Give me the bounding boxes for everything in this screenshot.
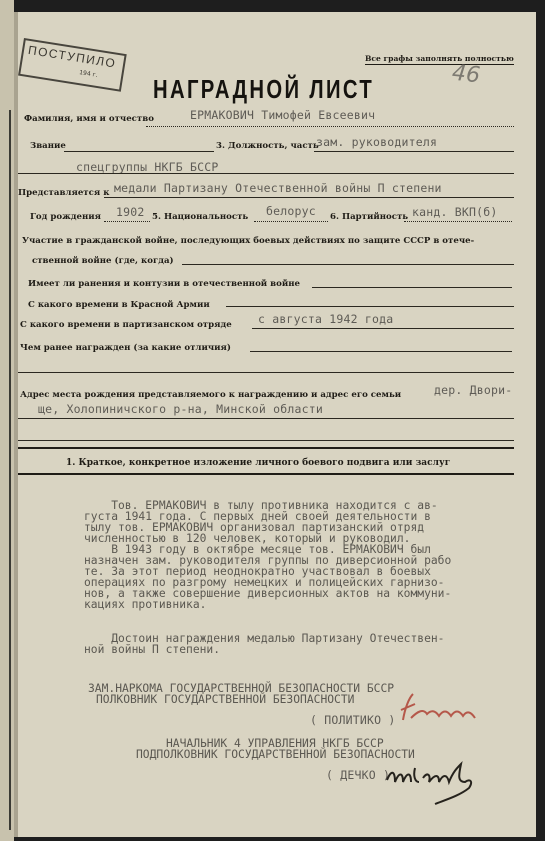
signatory1-title: ЗАМ.НАРКОМА ГОСУДАРСТВЕННОЙ БЕЗОПАСНОСТИ…	[88, 683, 394, 705]
signatory2-line2: ПОДПОЛКОВНИК ГОСУДАРСТВЕННОЙ БЕЗОПАСНОСТ…	[136, 749, 415, 760]
section-divider-bottom	[18, 473, 514, 475]
pencil-number: 46	[451, 61, 481, 89]
red-signature-icon	[395, 690, 500, 730]
conclusion-text: Достоин награждения медалью Партизану От…	[84, 633, 444, 655]
position-line	[314, 151, 514, 152]
conclusion-line: ной войны П степени.	[84, 644, 444, 655]
narrative-line: кациях противника.	[84, 599, 451, 610]
award-value: медали Партизану Отечественной войны П с…	[114, 181, 442, 195]
prior-awards-label: Чем ранее награжден (за какие отличия)	[20, 343, 231, 353]
black-signature-icon	[365, 760, 505, 810]
name-line	[146, 126, 514, 127]
binder-edge	[0, 0, 14, 841]
prior-awards-line-2	[18, 372, 514, 373]
address-line-2	[18, 440, 514, 441]
position-value-1: зам. руководителя	[316, 135, 437, 149]
nationality-label: 5. Национальность	[152, 212, 248, 222]
wounds-label: Имеет ли ранения и контузии в отечествен…	[28, 279, 300, 289]
rank-line	[64, 151, 214, 152]
position-value-2: спецгруппы НКГБ БССР	[76, 160, 218, 174]
fill-all-fields-note: Все графы заполнять полностью	[365, 54, 514, 65]
signatory1-name: ( ПОЛИТИКО )	[310, 713, 395, 727]
position-line-2	[18, 173, 514, 174]
address-value-2: ще, Холопиничского р-на, Минской области	[38, 402, 323, 416]
section-heading: 1. Краткое, конкретное изложение личного…	[66, 458, 450, 468]
prior-awards-line	[250, 351, 512, 352]
partisan-line	[252, 328, 514, 329]
signatory1-line2: ПОЛКОВНИК ГОСУДАРСТВЕННОЙ БЕЗОПАСНОСТИ	[88, 694, 394, 705]
document-title: НАГРАДНОЙ ЛИСТ	[153, 74, 374, 105]
name-label: Фамилия, имя и отчество	[24, 114, 154, 124]
binder-line	[9, 110, 11, 830]
party-line	[404, 221, 512, 222]
stamp-year: 194 г.	[79, 69, 98, 79]
signatory2-title: НАЧАЛЬНИК 4 УПРАВЛЕНИЯ НКГБ БССРПОДПОЛКО…	[136, 738, 415, 760]
civil-war-label-1: Участие в гражданской войне, последующих…	[22, 236, 474, 246]
nationality-value: белорус	[266, 204, 316, 218]
nationality-line	[254, 221, 328, 222]
civil-war-line	[182, 264, 514, 265]
award-label: Представляется к	[18, 188, 109, 198]
party-label: 6. Партийность	[330, 212, 408, 222]
narrative-text: Тов. ЕРМАКОВИЧ в тылу противника находит…	[84, 500, 451, 610]
red-army-line	[226, 306, 514, 307]
civil-war-label-2: ственной войне (где, когда)	[32, 256, 174, 266]
address-value-1: дер. Двори-	[434, 383, 512, 397]
address-line-1	[18, 418, 514, 419]
wounds-line	[312, 287, 512, 288]
birth-year-label: Год рождения	[30, 212, 101, 222]
red-army-label: С какого времени в Красной Армии	[28, 300, 210, 310]
section-divider-top	[18, 447, 514, 449]
partisan-value: с августа 1942 года	[258, 312, 393, 326]
birth-year-value: 1902	[116, 205, 145, 219]
party-value: канд. ВКП(б)	[412, 205, 497, 219]
partisan-label: С какого времени в партизанском отряде	[20, 320, 232, 330]
name-value: ЕРМАКОВИЧ Тимофей Евсеевич	[190, 108, 375, 122]
birth-year-line	[104, 221, 150, 222]
award-line	[104, 197, 514, 198]
address-label: Адрес места рождения представляемого к н…	[20, 390, 401, 400]
position-label: 3. Должность, часть	[216, 141, 319, 151]
rank-label: Звание	[30, 141, 66, 151]
